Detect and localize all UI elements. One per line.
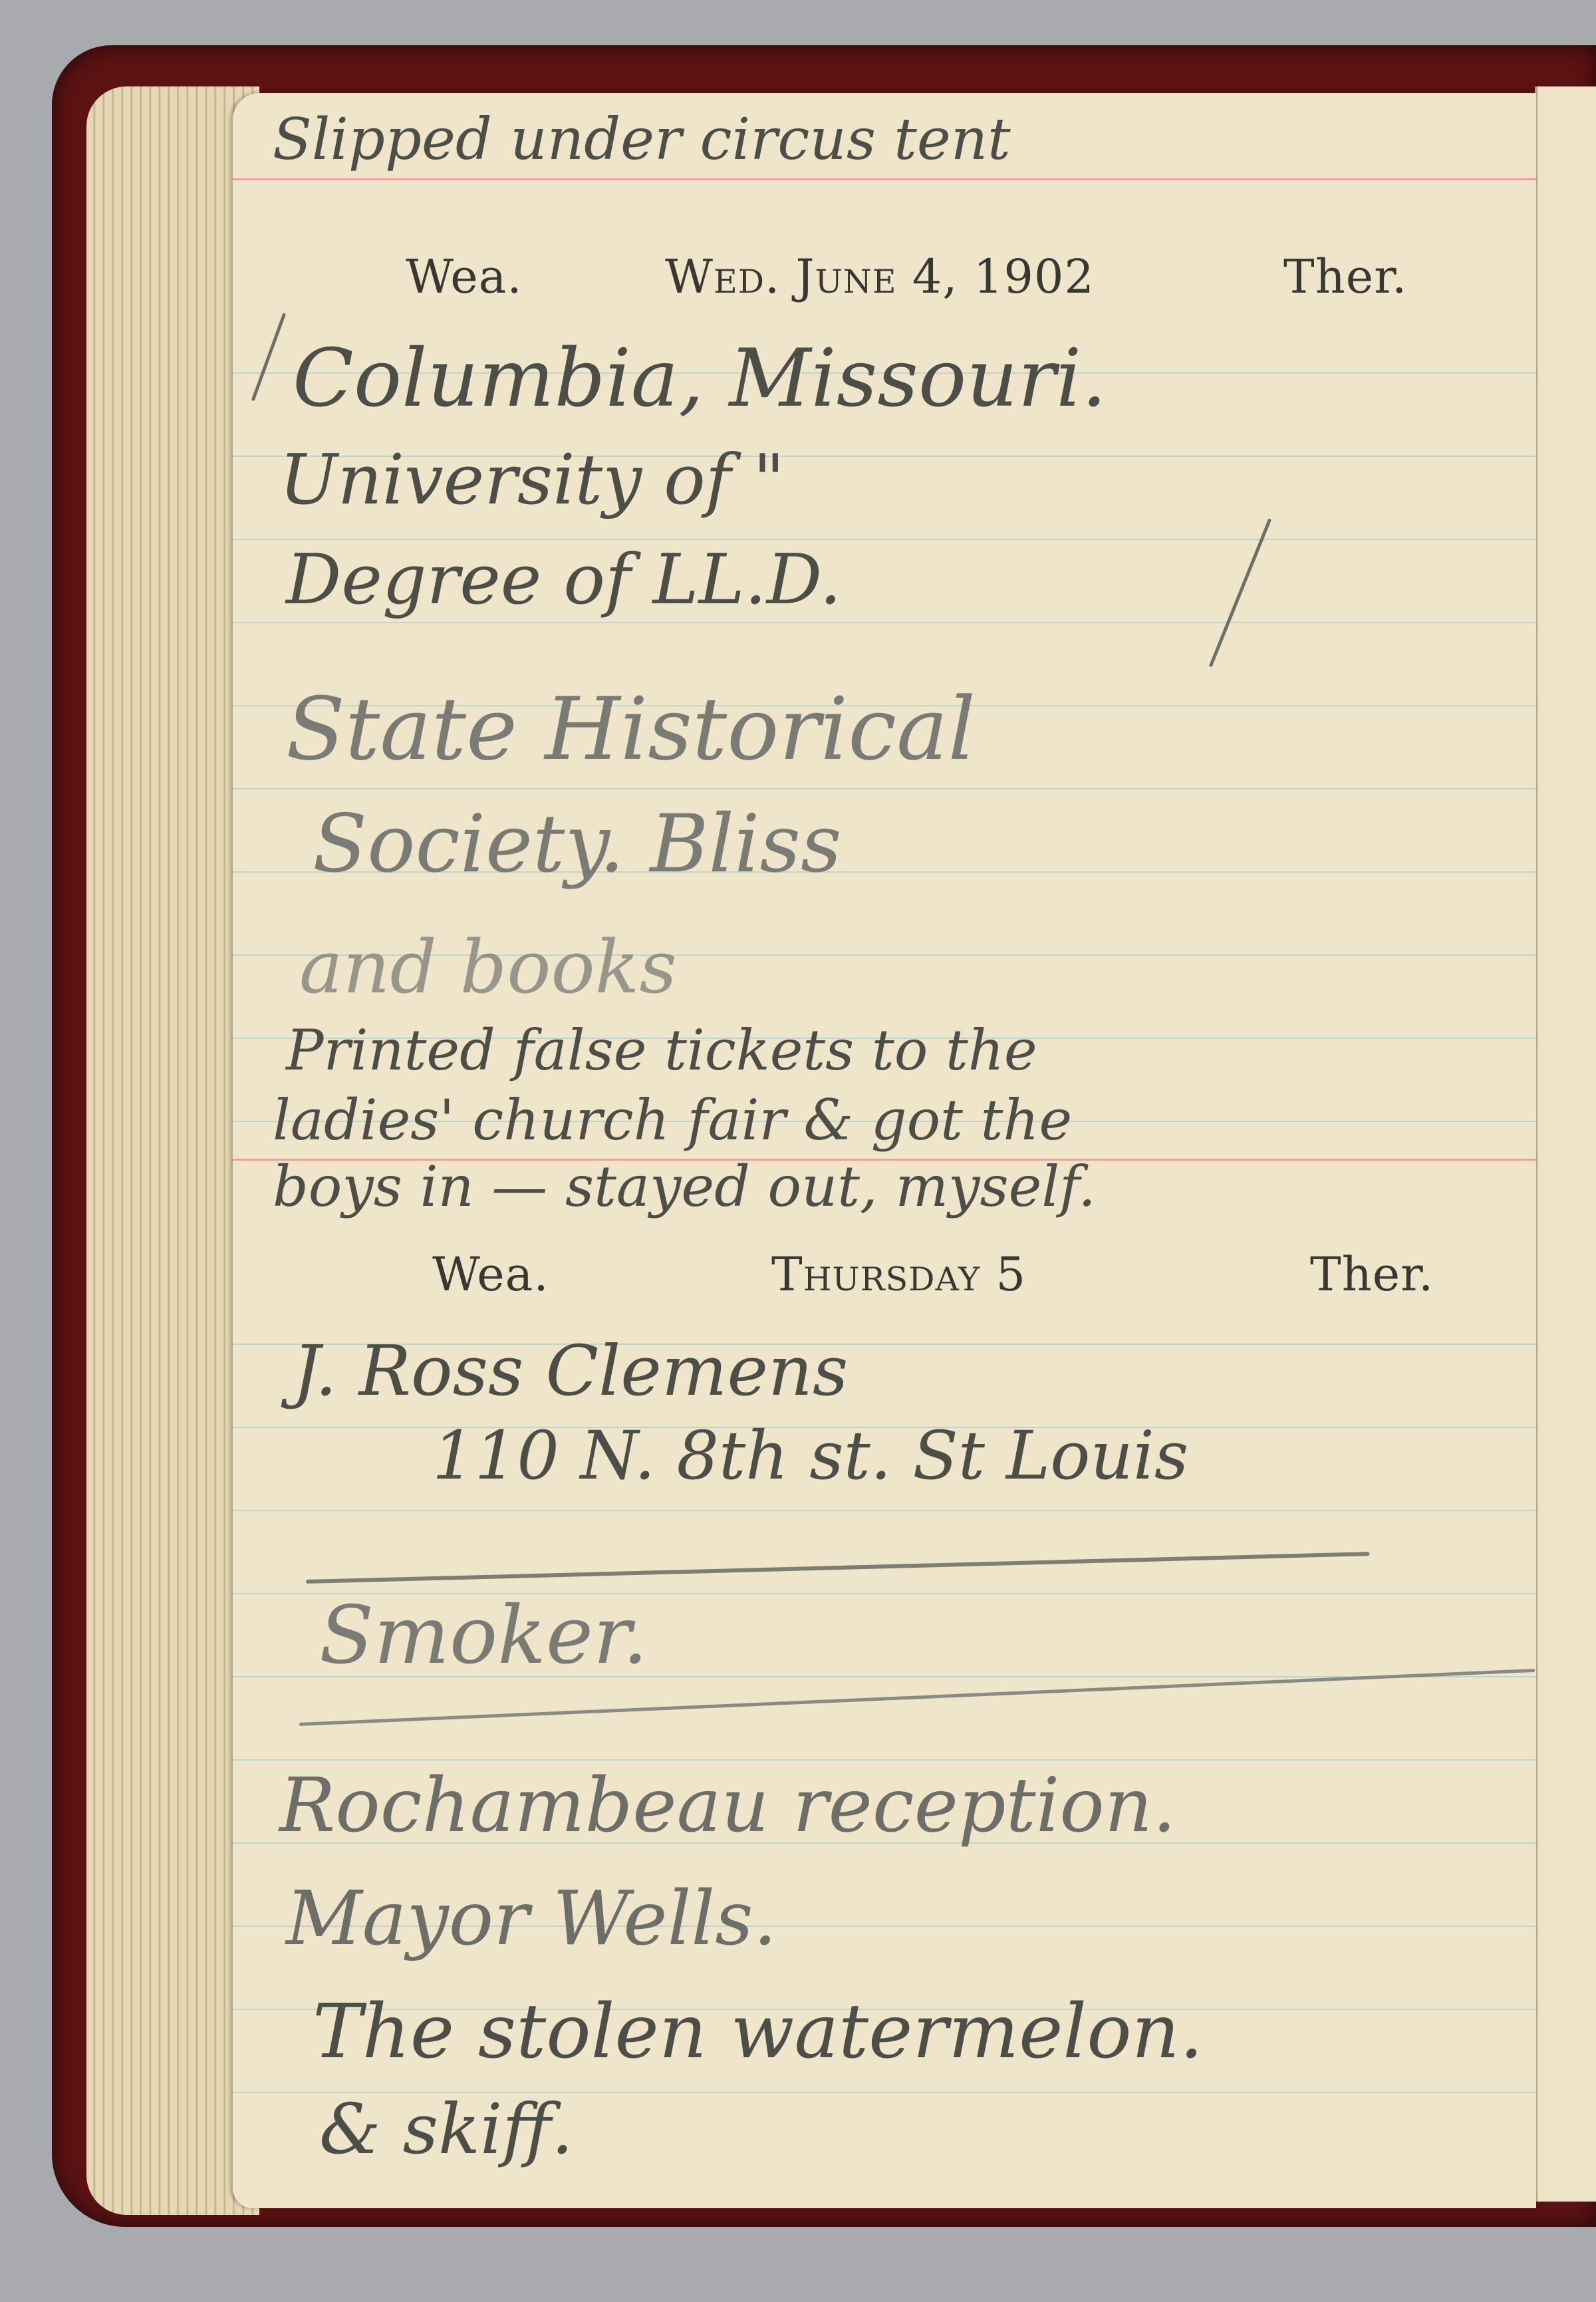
entry-line: ladies' church fair & got the xyxy=(273,1087,1072,1153)
entry-line: & skiff. xyxy=(319,2088,573,2170)
weather-label: Wea. xyxy=(432,1247,549,1302)
entry-line: Rochambeau reception. xyxy=(279,1763,1176,1849)
rule-line xyxy=(233,788,1536,790)
rule-line xyxy=(233,1759,1536,1761)
entry-line: J. Ross Clemens xyxy=(293,1330,848,1411)
date-header: Thursday 5 xyxy=(771,1247,1026,1302)
entry-line: Society. Bliss xyxy=(313,798,842,891)
entry-line: Mayor Wells. xyxy=(286,1876,777,1962)
entry-line: and books xyxy=(299,925,677,1010)
facing-page xyxy=(1535,86,1596,2202)
thermometer-label: Ther. xyxy=(1283,249,1407,304)
entry-line: The stolen watermelon. xyxy=(313,1989,1203,2075)
check-mark xyxy=(1209,518,1272,667)
underline xyxy=(306,1552,1370,1584)
entry-line: Printed false tickets to the xyxy=(286,1018,1037,1083)
entry-line: Columbia, Missouri. xyxy=(293,333,1107,425)
pink-rule xyxy=(233,178,1536,180)
entry-line: University of " xyxy=(279,439,785,520)
rule-line xyxy=(233,1510,1536,1511)
weather-label: Wea. xyxy=(406,249,523,304)
rule-line xyxy=(233,622,1536,623)
entry-line: State Historical xyxy=(286,678,976,780)
entry-line: boys in — stayed out, myself. xyxy=(273,1154,1096,1219)
entry-line: Smoker. xyxy=(319,1590,648,1682)
entry-line: Degree of LL.D. xyxy=(286,539,841,620)
diary-page: Slipped under circus tent Wea. Wed. June… xyxy=(233,93,1536,2208)
thermometer-label: Ther. xyxy=(1310,1247,1434,1302)
top-note: Slipped under circus tent xyxy=(273,106,1011,173)
date-header: Wed. June 4, 1902 xyxy=(665,249,1095,304)
entry-line: 110 N. 8th st. St Louis xyxy=(432,1417,1188,1495)
check-mark xyxy=(251,313,287,401)
